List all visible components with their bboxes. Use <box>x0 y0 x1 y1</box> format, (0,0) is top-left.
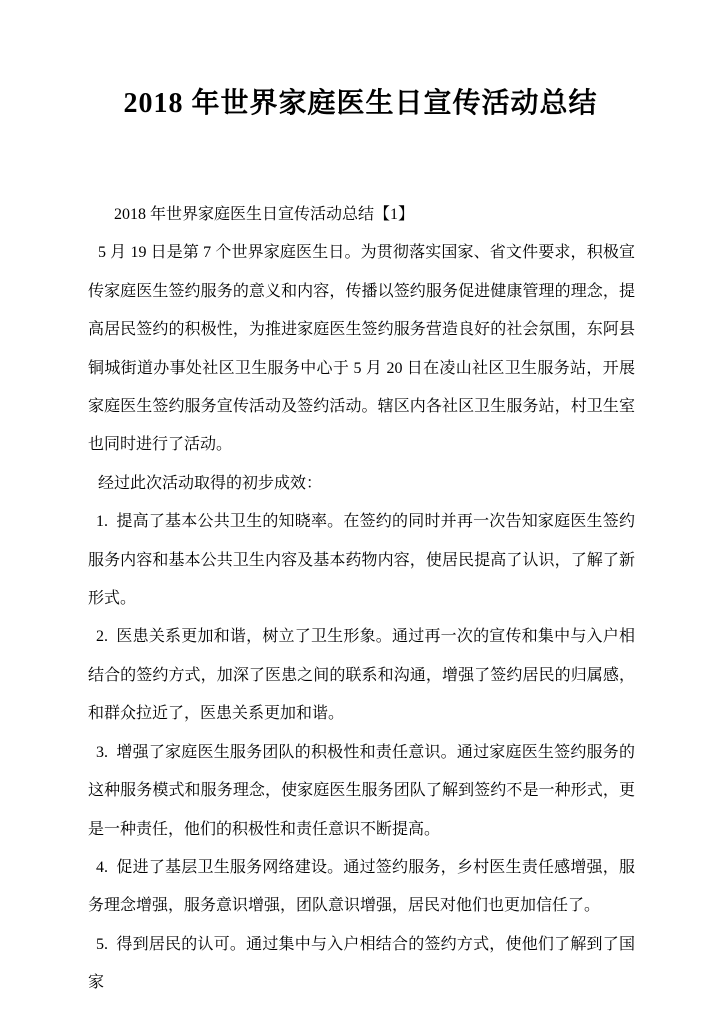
document-page: 2018 年世界家庭医生日宣传活动总结 2018 年世界家庭医生日宣传活动总结【… <box>0 0 721 1020</box>
paragraph-results-lead: 经过此次活动取得的初步成效： <box>88 465 635 503</box>
list-item-1: 1. 提高了基本公共卫生的知晓率。在签约的同时并再一次告知家庭医生签约服务内容和… <box>88 503 635 618</box>
list-item-4: 4. 促进了基层卫生服务网络建设。通过签约服务，乡村医生责任感增强，服务理念增强… <box>88 849 635 926</box>
document-subtitle: 2018 年世界家庭医生日宣传活动总结【1】 <box>88 196 635 234</box>
document-body: 2018 年世界家庭医生日宣传活动总结【1】 5 月 19 日是第 7 个世界家… <box>88 196 635 1003</box>
paragraph-intro: 5 月 19 日是第 7 个世界家庭医生日。为贯彻落实国家、省文件要求，积极宣传… <box>88 234 635 464</box>
list-item-5: 5. 得到居民的认可。通过集中与入户相结合的签约方式，使他们了解到了国家 <box>88 926 635 1003</box>
document-title: 2018 年世界家庭医生日宣传活动总结 <box>0 0 721 124</box>
list-item-3: 3. 增强了家庭医生服务团队的积极性和责任意识。通过家庭医生签约服务的这种服务模… <box>88 734 635 849</box>
list-item-2: 2. 医患关系更加和谐，树立了卫生形象。通过再一次的宣传和集中与入户相结合的签约… <box>88 618 635 733</box>
